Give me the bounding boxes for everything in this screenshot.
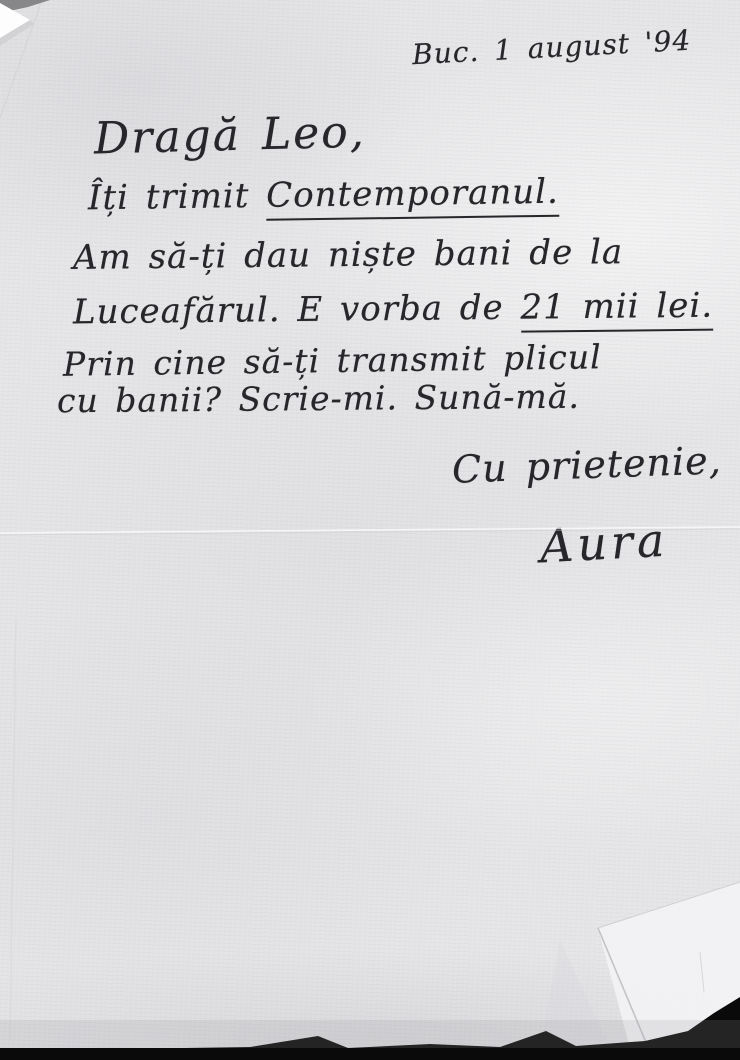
body-text: Îți trimit: [88, 176, 267, 218]
underlined-amount: 21 mii lei.: [520, 286, 713, 333]
letter-body-line: Luceafărul. E vorba de 21 mii lei.: [73, 289, 713, 330]
letter-salutation: Dragă Leo,: [93, 110, 366, 161]
letter-dateline: Buc. 1 august '94: [411, 27, 691, 70]
scanned-letter: Buc. 1 august '94 Dragă Leo, Îți trimit …: [0, 0, 740, 1060]
letter-body-line: Prin cine să-ți transmit plicul: [63, 340, 602, 381]
letter-signature: Aura: [539, 517, 669, 570]
body-text: cu banii? Scrie-mi. Sună-mă.: [57, 377, 580, 421]
paper-sheet: Buc. 1 august '94 Dragă Leo, Îți trimit …: [0, 0, 740, 1048]
letter-body-line: cu banii? Scrie-mi. Sună-mă.: [57, 380, 580, 418]
underlined-publication-title: Contemporanul.: [266, 172, 559, 221]
letter-body-line: Am să-ți dau niște bani de la: [73, 235, 623, 275]
letter-closing: Cu prietenie,: [451, 441, 722, 488]
body-text: Luceafărul. E vorba de: [73, 288, 521, 333]
letter-body-line: Îți trimit Contemporanul.: [88, 175, 559, 216]
body-text: Am să-ți dau niște bani de la: [73, 232, 624, 278]
